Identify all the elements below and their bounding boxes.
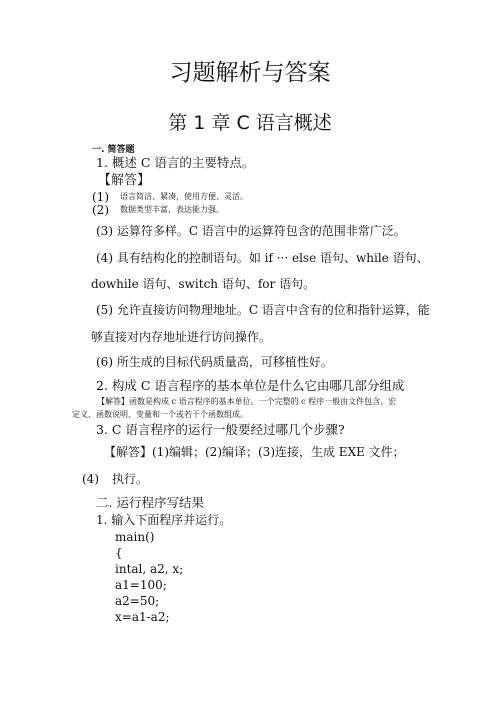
item-5-line-1: (5) 允许直接访问物理地址。C 语言中含有的位和指针运算，能 xyxy=(96,304,430,316)
item-number: (2) xyxy=(92,204,109,216)
run-question-1: 1. 输入下面程序并运行。 xyxy=(96,514,231,526)
question-1: 1. 概述 C 语言的主要特点。 xyxy=(96,157,254,170)
section-heading-run-program: 二. 运行程序写结果 xyxy=(96,497,204,510)
item-text: 数据类型丰富，表达能力强。 xyxy=(120,206,224,214)
section-heading-short-answer: 一. 简答题 xyxy=(92,146,135,155)
item-3: (3) 运算符多样。C 语言中的运算符包含的范围非常广泛。 xyxy=(96,225,406,237)
code-line: x=a1-a2; xyxy=(115,611,170,623)
chapter-heading: 第 1 章 C 语言概述 xyxy=(0,114,500,133)
answer-3-text-4: 执行。 xyxy=(112,473,148,485)
code-line: a1=100; xyxy=(115,579,167,591)
answer-3-num-4: (4) xyxy=(82,473,99,485)
code-line: intal, a2, x; xyxy=(115,563,183,575)
document-title: 习题解析与答案 xyxy=(0,62,500,85)
answer-tag: 【解答】 xyxy=(98,174,150,187)
item-4-line-2: dowhile 语句、switch 语句、for 语句。 xyxy=(91,278,315,290)
item-text: 语言简洁、紧凑，使用方便、灵活。 xyxy=(120,193,248,201)
item-number: (1) xyxy=(92,191,109,203)
answer-2-line-2: 定义、函数说明、变量和一个或若干个函数组成。 xyxy=(72,411,248,419)
code-line: main() xyxy=(115,531,154,543)
item-4-line-1: (4) 具有结构化的控制语句。如 if ··· else 语句、while 语句… xyxy=(96,252,429,264)
answer-2-line-1: 【解答】函数是构成 c 语言程序的基本单位。一个完整的 c 程序一般由文件包含、… xyxy=(97,398,396,406)
item-6: (6) 所生成的目标代码质量高，可移植性好。 xyxy=(96,356,333,368)
item-5-line-2: 够直接对内存地址进行访问操作。 xyxy=(91,331,271,343)
question-3: 3. C 语言程序的运行一般要经过哪几个步骤? xyxy=(96,424,345,437)
code-line: { xyxy=(115,547,123,559)
answer-3-line-1: 【解答】(1)编辑；(2)编译；(3)连接，生成 EXE 文件； xyxy=(104,446,405,458)
question-2: 2. 构成 C 语言程序的基本单位是什么它由哪几部分组成 xyxy=(96,380,404,393)
code-line: a2=50; xyxy=(115,595,159,607)
